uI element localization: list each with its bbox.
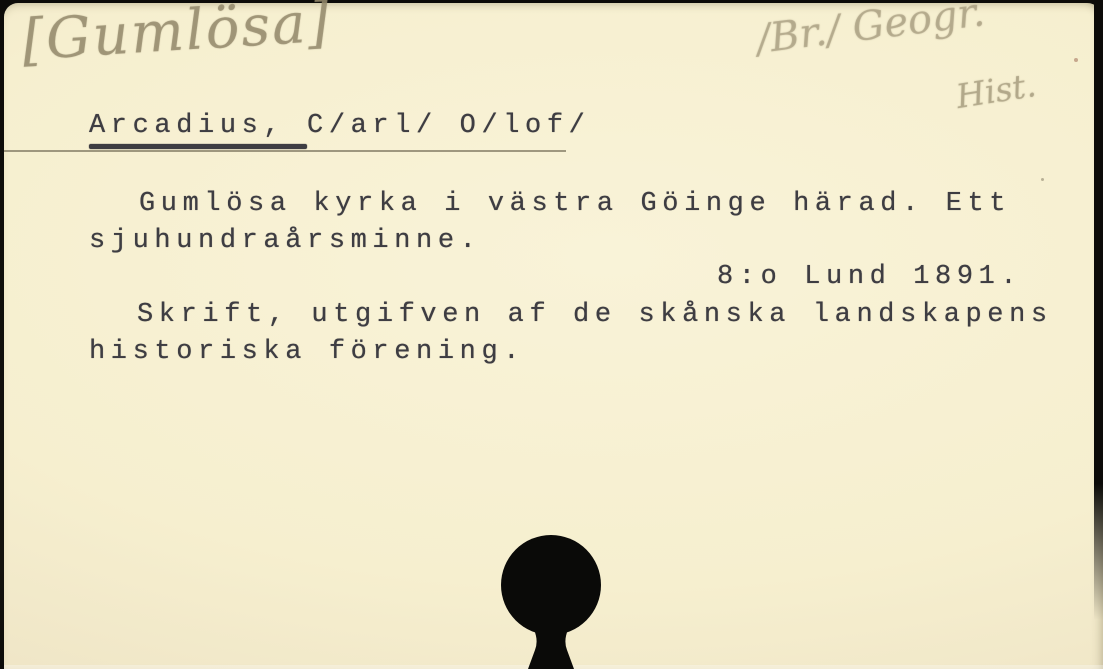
- author-heading-underline: [89, 144, 307, 149]
- catalog-card-scan: [Gumlösa] /Br./ Geogr. Hist. Arcadius, C…: [0, 0, 1103, 669]
- title-line-1: Gumlösa kyrka i västra Göinge härad. Ett: [139, 189, 1011, 219]
- imprint-line: 8:o Lund 1891.: [717, 262, 1022, 292]
- series-note-line-2: historiska förening.: [89, 337, 525, 367]
- dust-speck: [1074, 58, 1078, 62]
- handwritten-subject-annotation: [Gumlösa]: [20, 0, 333, 73]
- title-line-2: sjuhundraårsminne.: [89, 226, 481, 256]
- dust-speck: [1041, 178, 1044, 181]
- heading-pencil-rule: [4, 150, 566, 152]
- scan-left-border: [0, 0, 4, 669]
- handwritten-classification-line2: Hist.: [953, 65, 1038, 116]
- series-note-line-1: Skrift, utgifven af de skånska landskape…: [137, 300, 1053, 330]
- author-heading: Arcadius, C/arl/ O/lof/: [89, 111, 590, 141]
- scan-right-border: [1094, 0, 1103, 620]
- scan-bottom-edge: [4, 665, 1103, 669]
- handwritten-classification-line1: /Br./ Geogr.: [754, 0, 987, 63]
- catalog-card: [Gumlösa] /Br./ Geogr. Hist. Arcadius, C…: [4, 3, 1103, 669]
